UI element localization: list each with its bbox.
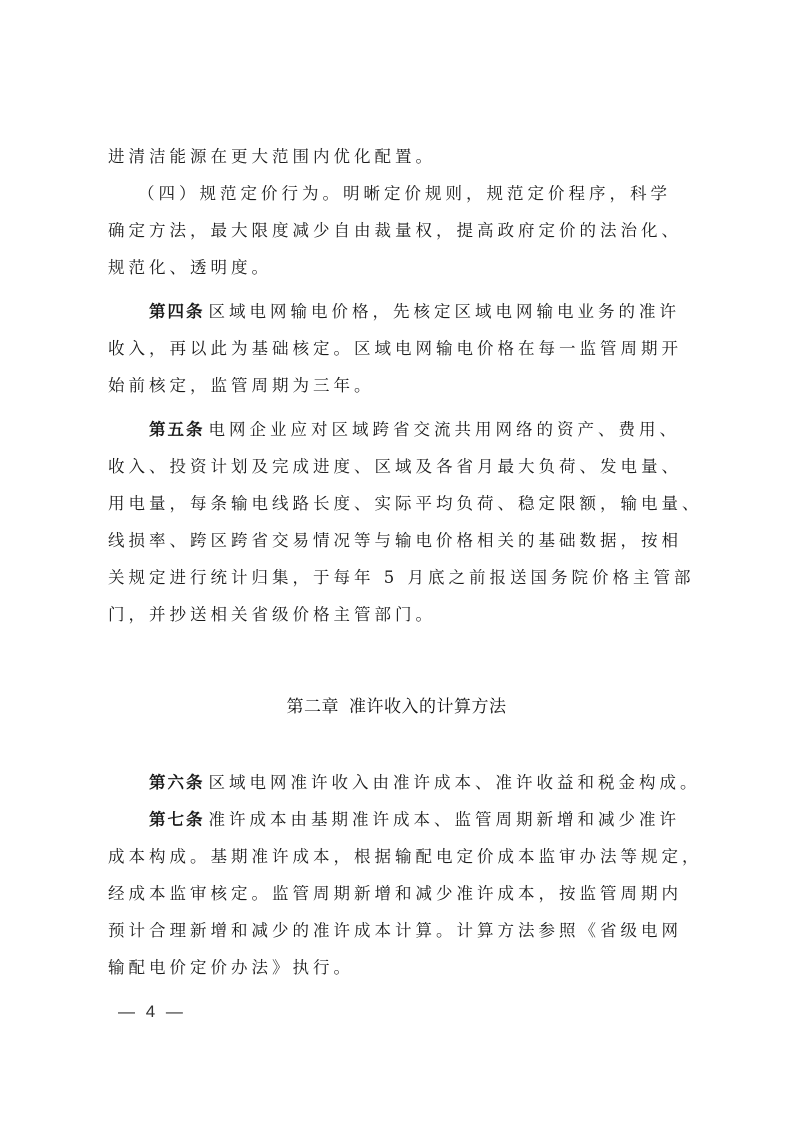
paragraph-line: 经成本监审核定。监管周期新增和减少准许成本，按监管周期内	[108, 882, 708, 906]
article-text: 准许成本由基期准许成本、监管周期新增和减少准许	[209, 810, 681, 829]
paragraph-line: 预计合理新增和减少的准许成本计算。计算方法参照《省级电网	[108, 919, 708, 943]
article-line: 第四条区域电网输电价格，先核定区域电网输电业务的准许	[149, 300, 749, 324]
article-line: 第五条电网企业应对区域跨省交流共用网络的资产、费用、	[149, 418, 749, 442]
paragraph-line: 输配电价定价办法》执行。	[108, 956, 708, 980]
paragraph-line: 进清洁能源在更大范围内优化配置。	[108, 145, 708, 169]
paragraph-line: （四）规范定价行为。明晰定价规则，规范定价程序，科学	[138, 182, 738, 206]
article-text: 区域电网输电价格，先核定区域电网输电业务的准许	[209, 302, 681, 321]
paragraph-line: 用电量，每条输电线路长度、实际平均负荷、稳定限额，输电量、	[108, 492, 708, 516]
article-label: 第五条	[149, 420, 205, 439]
paragraph-line: 线损率、跨区跨省交易情况等与输电价格相关的基础数据，按相	[108, 529, 708, 553]
document-page: 进清洁能源在更大范围内优化配置。 （四）规范定价行为。明晰定价规则，规范定价程序…	[0, 0, 793, 1122]
article-line: 第六条区域电网准许收入由准许成本、准许收益和税金构成。	[149, 771, 749, 795]
paragraph-line: 规范化、透明度。	[108, 256, 708, 280]
page-number: — 4 —	[118, 1000, 186, 1024]
paragraph-line: 关规定进行统计归集，于每年 5 月底之前报送国务院价格主管部	[108, 566, 708, 590]
article-text: 区域电网准许收入由准许成本、准许收益和税金构成。	[209, 773, 701, 792]
paragraph-line: 收入，再以此为基础核定。区域电网输电价格在每一监管周期开	[108, 337, 708, 361]
article-label: 第六条	[149, 773, 205, 792]
article-text: 电网企业应对区域跨省交流共用网络的资产、费用、	[209, 420, 681, 439]
article-label: 第四条	[149, 302, 205, 321]
paragraph-line: 门，并抄送相关省级价格主管部门。	[108, 603, 708, 627]
article-label: 第七条	[149, 810, 205, 829]
article-line: 第七条准许成本由基期准许成本、监管周期新增和减少准许	[149, 808, 749, 832]
paragraph-line: 始前核定，监管周期为三年。	[108, 374, 708, 398]
paragraph-line: 成本构成。基期准许成本，根据输配电定价成本监审办法等规定，	[108, 845, 708, 869]
chapter-number: 第二章	[287, 697, 340, 717]
paragraph-line: 收入、投资计划及完成进度、区域及各省月最大负荷、发电量、	[108, 455, 708, 479]
chapter-title: 准许收入的计算方法	[349, 697, 507, 717]
chapter-heading: 第二章准许收入的计算方法	[0, 694, 793, 720]
paragraph-line: 确定方法，最大限度减少自由裁量权，提高政府定价的法治化、	[108, 219, 708, 243]
